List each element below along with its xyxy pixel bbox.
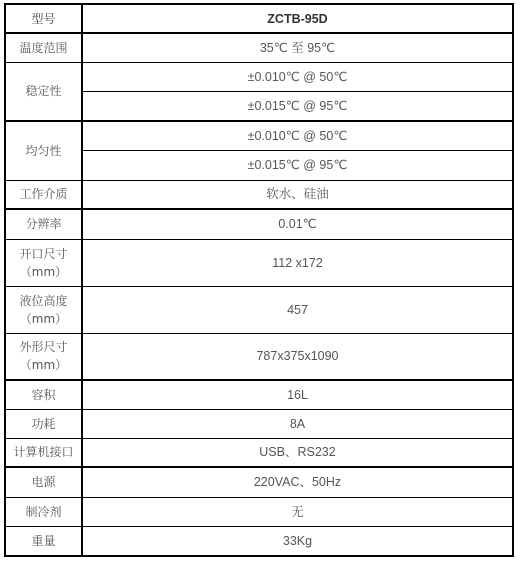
weight-value: 33Kg bbox=[82, 526, 513, 556]
outer-dimensions-value: 787x375x1090 bbox=[82, 333, 513, 380]
spec-table: 型号 ZCTB-95D 温度范围 35℃ 至 95℃ 稳定性 ±0.010℃ @… bbox=[4, 3, 514, 557]
table-row-working-medium: 工作介质 软水、硅油 bbox=[5, 180, 513, 209]
table-row-uniformity-1: 均匀性 ±0.010℃ @ 50℃ bbox=[5, 121, 513, 150]
table-row-liquid-level-height: 液位高度（mm） 457 bbox=[5, 286, 513, 333]
power-consumption-value: 8A bbox=[82, 409, 513, 438]
power-supply-value: 220VAC、50Hz bbox=[82, 467, 513, 497]
stability-label: 稳定性 bbox=[5, 62, 82, 121]
volume-label: 容积 bbox=[5, 380, 82, 409]
model-value: ZCTB-95D bbox=[82, 4, 513, 33]
temperature-range-label: 温度范围 bbox=[5, 33, 82, 62]
table-row-model: 型号 ZCTB-95D bbox=[5, 4, 513, 33]
table-row-volume: 容积 16L bbox=[5, 380, 513, 409]
computer-interface-label: 计算机接口 bbox=[5, 438, 82, 467]
refrigerant-value: 无 bbox=[82, 497, 513, 526]
opening-size-value: 112 x172 bbox=[82, 239, 513, 286]
weight-label: 重量 bbox=[5, 526, 82, 556]
outer-dimensions-label: 外形尺寸（mm） bbox=[5, 333, 82, 380]
temperature-range-value: 35℃ 至 95℃ bbox=[82, 33, 513, 62]
uniformity-value-95: ±0.015℃ @ 95℃ bbox=[82, 150, 513, 180]
table-row-refrigerant: 制冷剂 无 bbox=[5, 497, 513, 526]
table-row-computer-interface: 计算机接口 USB、RS232 bbox=[5, 438, 513, 467]
table-row-opening-size: 开口尺寸（mm） 112 x172 bbox=[5, 239, 513, 286]
working-medium-value: 软水、硅油 bbox=[82, 180, 513, 209]
resolution-label: 分辨率 bbox=[5, 209, 82, 239]
computer-interface-value: USB、RS232 bbox=[82, 438, 513, 467]
stability-value-95: ±0.015℃ @ 95℃ bbox=[82, 91, 513, 121]
table-row-weight: 重量 33Kg bbox=[5, 526, 513, 556]
liquid-level-height-label: 液位高度（mm） bbox=[5, 286, 82, 333]
uniformity-value-50: ±0.010℃ @ 50℃ bbox=[82, 121, 513, 150]
table-row-temperature-range: 温度范围 35℃ 至 95℃ bbox=[5, 33, 513, 62]
table-row-power-consumption: 功耗 8A bbox=[5, 409, 513, 438]
stability-value-50: ±0.010℃ @ 50℃ bbox=[82, 62, 513, 91]
model-label: 型号 bbox=[5, 4, 82, 33]
table-row-stability-1: 稳定性 ±0.010℃ @ 50℃ bbox=[5, 62, 513, 91]
volume-value: 16L bbox=[82, 380, 513, 409]
opening-size-label: 开口尺寸（mm） bbox=[5, 239, 82, 286]
table-row-stability-2: ±0.015℃ @ 95℃ bbox=[5, 91, 513, 121]
refrigerant-label: 制冷剂 bbox=[5, 497, 82, 526]
resolution-value: 0.01℃ bbox=[82, 209, 513, 239]
table-row-resolution: 分辨率 0.01℃ bbox=[5, 209, 513, 239]
table-row-uniformity-2: ±0.015℃ @ 95℃ bbox=[5, 150, 513, 180]
liquid-level-height-value: 457 bbox=[82, 286, 513, 333]
working-medium-label: 工作介质 bbox=[5, 180, 82, 209]
table-row-outer-dimensions: 外形尺寸（mm） 787x375x1090 bbox=[5, 333, 513, 380]
power-consumption-label: 功耗 bbox=[5, 409, 82, 438]
power-supply-label: 电源 bbox=[5, 467, 82, 497]
uniformity-label: 均匀性 bbox=[5, 121, 82, 180]
table-row-power-supply: 电源 220VAC、50Hz bbox=[5, 467, 513, 497]
